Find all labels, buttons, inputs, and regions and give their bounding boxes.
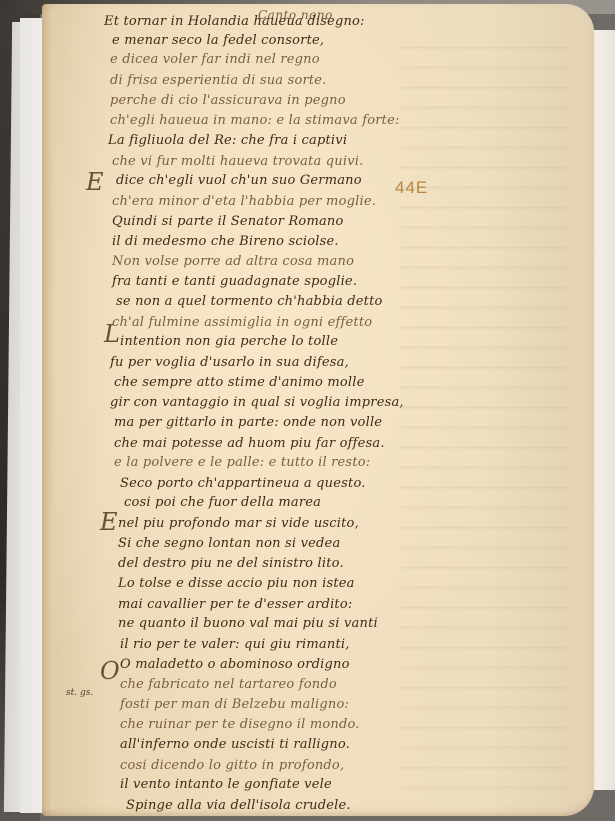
manuscript-line: il di medesmo che Bireno sciolse. <box>112 234 339 249</box>
manuscript-line: che sempre atto stime d'animo molle <box>114 375 365 390</box>
manuscript-line: cosi poi che fuor della marea <box>124 495 321 510</box>
manuscript-line: perche di cio l'assicurava in pegno <box>110 93 346 108</box>
manuscript-line: Spinge alla via dell'isola crudele. <box>126 798 351 813</box>
manuscript-line: intention non gia perche lo tolle <box>120 334 338 349</box>
manuscript-line: fosti per man di Belzebu maligno: <box>120 697 349 712</box>
manuscript-line: se non a quel tormento ch'habbia detto <box>116 294 383 309</box>
manuscript-line: La figliuola del Re: che fra i captivi <box>108 133 347 148</box>
manuscript-line: ch'egli haueua in mano: e la stimava for… <box>110 113 400 128</box>
manuscript-line: il rio per te valer: qui giu rimanti, <box>120 637 350 652</box>
manuscript-line: Quindi si parte il Senator Romano <box>112 214 344 229</box>
manuscript-line: che fabricato nel tartareo fondo <box>120 677 337 692</box>
manuscript-line: Non volse porre ad altra cosa mano <box>112 254 354 269</box>
manuscript-line: ne quanto il buono val mai piu si vanti <box>118 616 378 631</box>
manuscript-line: il vento intanto le gonfiate vele <box>120 777 332 792</box>
manuscript-line: Seco porto ch'appartineua a questo. <box>120 476 366 491</box>
manuscript-line: ma per gittarlo in parte: onde non volle <box>114 415 382 430</box>
manuscript-line: di frisa esperientia di sua sorte. <box>110 73 327 88</box>
manuscript-line: cosi dicendo lo gitto in profondo, <box>120 758 344 773</box>
manuscript-line: che ruinar per te disegno il mondo. <box>120 717 360 732</box>
manuscript-line: mai cavallier per te d'esser ardito: <box>118 597 352 612</box>
manuscript-line: Lo tolse e disse accio piu non istea <box>118 576 355 591</box>
manuscript-line: che mai potesse ad huom piu far offesa. <box>114 436 385 451</box>
manuscript-line: Et tornar in Holandia haueua disegno: <box>104 14 365 29</box>
manuscript-line: del destro piu ne del sinistro lito. <box>118 556 344 571</box>
folio-number: 44E <box>395 178 428 198</box>
manuscript-line: Si che segno lontan non si vedea <box>118 536 340 551</box>
manuscript-line: gir con vantaggio in qual si voglia impr… <box>110 395 404 410</box>
manuscript-line: e la polvere e le palle: e tutto il rest… <box>114 455 370 470</box>
manuscript-line: ch'al fulmine assimiglia in ogni effetto <box>112 315 372 330</box>
initial-letter: E <box>100 508 118 536</box>
manuscript-line: fra tanti e tanti guadagnate spoglie. <box>112 274 357 289</box>
manuscript-line: ch'era minor d'eta l'habbia per moglie. <box>112 194 376 209</box>
manuscript-line: e menar seco la fedel consorte, <box>112 33 324 48</box>
manuscript-line: dice ch'egli vuol ch'un suo Germano <box>116 173 362 188</box>
margin-note: st. gs. <box>66 688 93 698</box>
manuscript-line: all'inferno onde uscisti ti ralligno. <box>120 737 350 752</box>
ink-bleed-through <box>400 30 570 790</box>
manuscript-line: fu per voglia d'usarlo in sua difesa, <box>110 355 349 370</box>
page-gutter <box>42 10 54 810</box>
manuscript-line: che vi fur molti haueva trovata quivi. <box>112 154 363 169</box>
manuscript-line: e dicea voler far indi nel regno <box>110 52 320 67</box>
initial-letter: E <box>86 168 104 196</box>
manuscript-line: O maladetto o abominoso ordigno <box>120 657 350 672</box>
initial-letter: O <box>100 657 120 685</box>
manuscript-line: nel piu profondo mar si vide uscito, <box>118 516 359 531</box>
